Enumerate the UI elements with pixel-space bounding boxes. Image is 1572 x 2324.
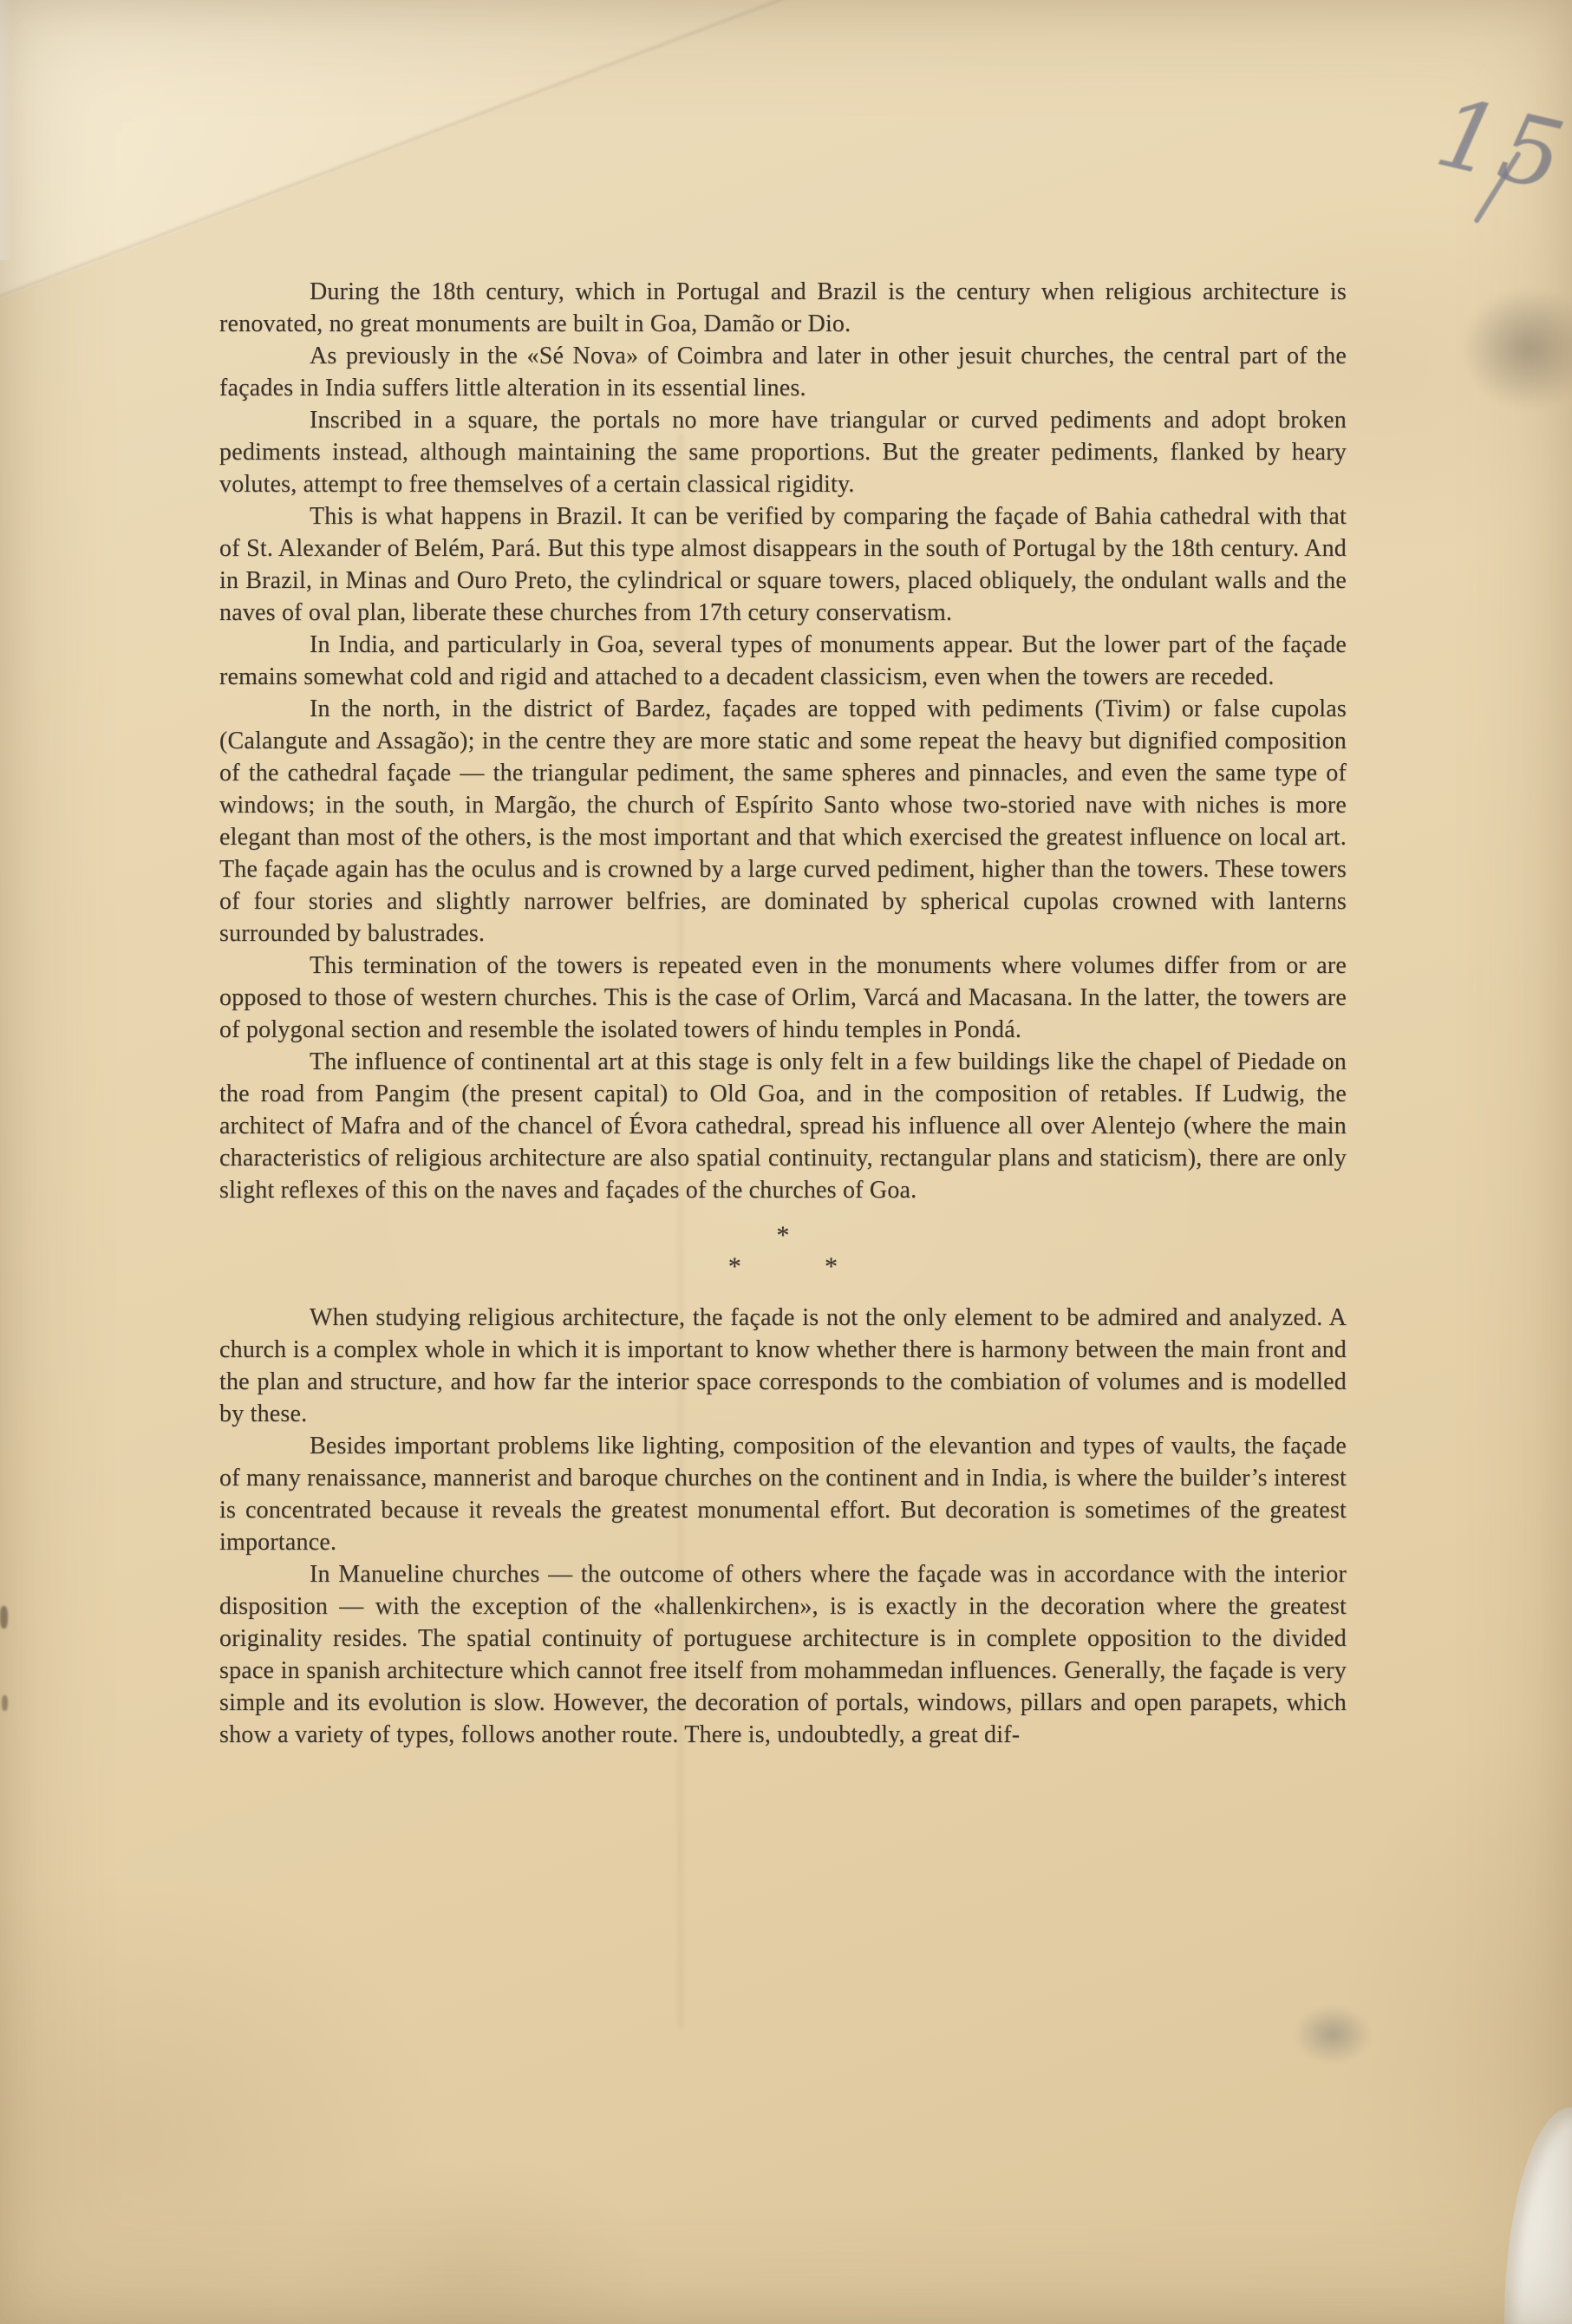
paragraph-2: As previously in the «Sé Nova» of Coimbr… (219, 340, 1347, 404)
asterisk-bottom-left: * (728, 1251, 741, 1283)
paragraph-7: This termination of the towers is repeat… (219, 950, 1347, 1046)
paragraph-1: During the 18th century, which in Portug… (219, 276, 1347, 340)
paragraph-10: Besides important problems like lighting… (219, 1430, 1347, 1558)
paragraph-5: In India, and particularly in Goa, sever… (219, 629, 1347, 693)
stain-top-right (1462, 288, 1572, 409)
edge-speck (0, 1606, 8, 1629)
paragraph-9: When studying religious architecture, th… (219, 1302, 1347, 1430)
edge-speck (2, 1695, 8, 1711)
paragraph-8: The influence of continental art at this… (219, 1046, 1347, 1206)
paper-fold-highlight (0, 0, 789, 299)
paragraph-4: This is what happens in Brazil. It can b… (219, 500, 1347, 629)
worn-corner-bottom-right (1504, 2107, 1572, 2324)
body-text: During the 18th century, which in Portug… (219, 276, 1347, 1751)
asterisk-bottom-right: * (825, 1251, 838, 1283)
page-edge-sliver (0, 0, 12, 260)
smudge-mark (1294, 2005, 1372, 2064)
paragraph-6: In the north, in the district of Bardez,… (219, 693, 1347, 950)
paragraph-3: Inscribed in a square, the portals no mo… (219, 404, 1347, 500)
scanned-book-page: 15 During the 18th century, which in Por… (0, 0, 1572, 2324)
paragraph-11: In Manueline churches — the outcome of o… (219, 1558, 1347, 1751)
section-separator-asterism: * ** (219, 1220, 1347, 1283)
asterisk-top: * (219, 1220, 1347, 1251)
paper-fold-crease-line (0, 0, 793, 303)
